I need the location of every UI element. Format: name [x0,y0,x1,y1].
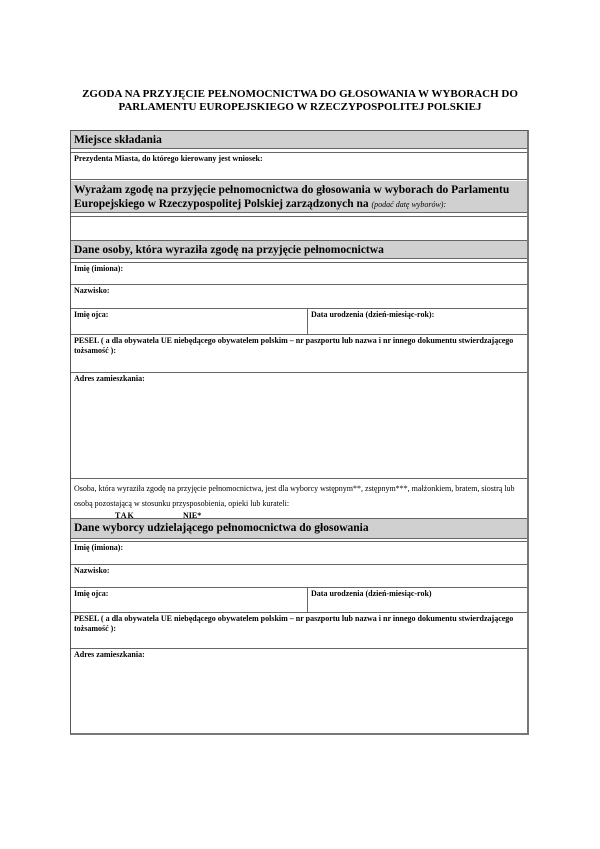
proxy-address-field[interactable]: Adres zamieszkania: [71,373,527,479]
field-mayor[interactable]: Prezydenta Miasta, do którego kierowany … [71,153,527,180]
voter-first-name-field[interactable]: Imię (imiona): [71,542,527,565]
field-election-date[interactable] [71,217,527,241]
voter-birth-date-label: Data urodzenia (dzień-miesiąc-rok) [308,588,527,600]
voter-pesel-field[interactable]: PESEL ( a dla obywatela UE niebędącego o… [71,613,527,649]
proxy-father-birth-row: Imię ojca: Data urodzenia (dzień-miesiąc… [71,309,527,335]
section-header-consent: Wyrażam zgodę na przyjęcie pełnomocnictw… [71,181,527,213]
proxy-relation-row: Osoba, która wyraziła zgodę na przyjęcie… [71,479,527,519]
voter-pesel-label: PESEL ( a dla obywatela UE niebędącego o… [71,613,527,635]
proxy-relation-text: Osoba, która wyraziła zgodę na przyjęcie… [71,479,527,513]
proxy-birth-date-field[interactable]: Data urodzenia (dzień-miesiąc-rok): [308,309,527,334]
proxy-last-name-field[interactable]: Nazwisko: [71,285,527,309]
field-mayor-label: Prezydenta Miasta, do którego kierowany … [71,153,527,165]
consent-hint: (podać datę wyborów): [371,200,446,209]
proxy-father-name-label: Imię ojca: [71,309,307,321]
section-header-place: Miejsce składania [71,131,527,149]
consent-form: Miejsce składania Prezydenta Miasta, do … [70,130,529,735]
section-header-proxy: Dane osoby, która wyraziła zgodę na przy… [71,241,527,259]
title-line-2: PARLAMENTU EUROPEJSKIEGO W RZECZYPOSPOLI… [0,101,600,114]
proxy-pesel-label: PESEL ( a dla obywatela UE niebędącego o… [71,335,527,357]
title-line-1: ZGODA NA PRZYJĘCIE PEŁNOMOCNICTWA DO GŁO… [0,88,600,101]
voter-address-field[interactable]: Adres zamieszkania: [71,649,527,734]
section-header-voter: Dane wyborcy udzielającego pełnomocnictw… [71,519,527,539]
proxy-first-name-label: Imię (imiona): [71,263,527,275]
proxy-father-name-field[interactable]: Imię ojca: [71,309,308,334]
voter-address-label: Adres zamieszkania: [71,649,527,661]
voter-first-name-label: Imię (imiona): [71,542,527,554]
proxy-birth-date-label: Data urodzenia (dzień-miesiąc-rok): [308,309,527,321]
voter-father-name-label: Imię ojca: [71,588,307,600]
proxy-address-label: Adres zamieszkania: [71,373,527,385]
proxy-last-name-label: Nazwisko: [71,285,527,297]
voter-last-name-field[interactable]: Nazwisko: [71,565,527,588]
proxy-pesel-field[interactable]: PESEL ( a dla obywatela UE niebędącego o… [71,335,527,373]
proxy-first-name-field[interactable]: Imię (imiona): [71,263,527,285]
voter-last-name-label: Nazwisko: [71,565,527,577]
document-title: ZGODA NA PRZYJĘCIE PEŁNOMOCNICTWA DO GŁO… [0,88,600,114]
voter-birth-date-field[interactable]: Data urodzenia (dzień-miesiąc-rok) [308,588,527,612]
voter-father-name-field[interactable]: Imię ojca: [71,588,308,612]
voter-father-birth-row: Imię ojca: Data urodzenia (dzień-miesiąc… [71,588,527,613]
